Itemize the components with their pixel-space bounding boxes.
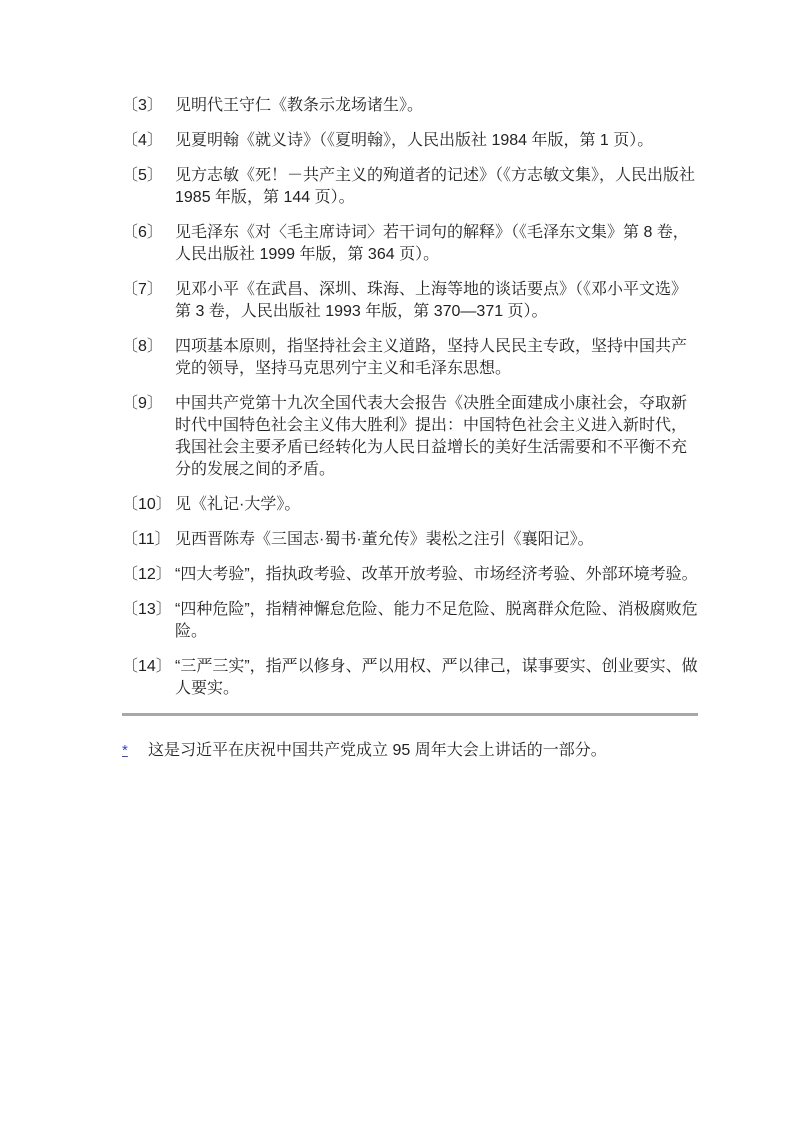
footnote-item: 〔8〕 四项基本原则，指坚持社会主义道路，坚持人民民主专政，坚持中国共产党的领导…: [122, 336, 698, 380]
footnote-number: 〔7〕: [122, 279, 175, 301]
asterisk-note-link[interactable]: *: [122, 740, 148, 762]
footnote-text: “三严三实”，指严以修身、严以用权、严以律己，谋事要实、创业要实、做人要实。: [175, 656, 698, 700]
footnote-number: 〔4〕: [122, 130, 175, 152]
footnote-item: 〔6〕 见毛泽东《对〈毛主席诗词〉若干词句的解释》（《毛泽东文集》第 8 卷，人…: [122, 222, 698, 266]
footnote-text: 见夏明翰《就义诗》（《夏明翰》，人民出版社 1984 年版，第 1 页）。: [175, 130, 698, 152]
footnote-text: “四大考验”，指执政考验、改革开放考验、市场经济考验、外部环境考验。: [175, 564, 698, 586]
footnote-number: 〔3〕: [122, 95, 175, 117]
footnote-text: 见邓小平《在武昌、深圳、珠海、上海等地的谈话要点》（《邓小平文选》第 3 卷，人…: [175, 279, 698, 323]
footnote-text: 见毛泽东《对〈毛主席诗词〉若干词句的解释》（《毛泽东文集》第 8 卷，人民出版社…: [175, 222, 698, 266]
footnote-item: 〔5〕 见方志敏《死！－共产主义的殉道者的记述》（《方志敏文集》，人民出版社 1…: [122, 165, 698, 209]
footnote-number: 〔13〕: [122, 599, 175, 621]
footnote-text: 见明代王守仁《教条示龙场诸生》。: [175, 95, 698, 117]
footnote-number: 〔12〕: [122, 564, 175, 586]
footnote-text: 四项基本原则，指坚持社会主义道路，坚持人民民主专政，坚持中国共产党的领导，坚持马…: [175, 336, 698, 380]
footnote-text: “四种危险”，指精神懈怠危险、能力不足危险、脱离群众危险、消极腐败危险。: [175, 599, 698, 643]
footnote-item: 〔7〕 见邓小平《在武昌、深圳、珠海、上海等地的谈话要点》（《邓小平文选》第 3…: [122, 279, 698, 323]
footnote-number: 〔10〕: [122, 494, 175, 516]
footnote-item: 〔14〕 “三严三实”，指严以修身、严以用权、严以律己，谋事要实、创业要实、做人…: [122, 656, 698, 700]
footnote-text: 见《礼记·大学》。: [175, 494, 698, 516]
footnote-number: 〔5〕: [122, 165, 175, 187]
footnote-text: 见方志敏《死！－共产主义的殉道者的记述》（《方志敏文集》，人民出版社 1985 …: [175, 165, 698, 209]
footnote-text: 见西晋陈寿《三国志·蜀书·董允传》裴松之注引《襄阳记》。: [175, 529, 698, 551]
footnote-number: 〔9〕: [122, 393, 175, 415]
footnote-text: 中国共产党第十九次全国代表大会报告《决胜全面建成小康社会，夺取新时代中国特色社会…: [175, 393, 698, 481]
footnote-item: 〔13〕 “四种危险”，指精神懈怠危险、能力不足危险、脱离群众危险、消极腐败危险…: [122, 599, 698, 643]
footnote-number: 〔11〕: [122, 529, 175, 551]
footnote-item: 〔12〕 “四大考验”，指执政考验、改革开放考验、市场经济考验、外部环境考验。: [122, 564, 698, 586]
footnote-number: 〔6〕: [122, 222, 175, 244]
footnote-item: 〔11〕 见西晋陈寿《三国志·蜀书·董允传》裴松之注引《襄阳记》。: [122, 529, 698, 551]
footnote-number: 〔8〕: [122, 336, 175, 358]
footnote-item: 〔3〕 见明代王守仁《教条示龙场诸生》。: [122, 95, 698, 117]
footnotes-section: 〔3〕 见明代王守仁《教条示龙场诸生》。 〔4〕 见夏明翰《就义诗》（《夏明翰》…: [122, 95, 698, 762]
footnote-item: 〔9〕 中国共产党第十九次全国代表大会报告《决胜全面建成小康社会，夺取新时代中国…: [122, 393, 698, 481]
footnote-number: 〔14〕: [122, 656, 175, 678]
footnote-divider: [122, 713, 698, 716]
footnote-item: 〔4〕 见夏明翰《就义诗》（《夏明翰》，人民出版社 1984 年版，第 1 页）…: [122, 130, 698, 152]
author-note: * 这是习近平在庆祝中国共产党成立 95 周年大会上讲话的一部分。: [122, 740, 698, 762]
author-note-text: 这是习近平在庆祝中国共产党成立 95 周年大会上讲话的一部分。: [148, 740, 698, 762]
footnote-item: 〔10〕 见《礼记·大学》。: [122, 494, 698, 516]
